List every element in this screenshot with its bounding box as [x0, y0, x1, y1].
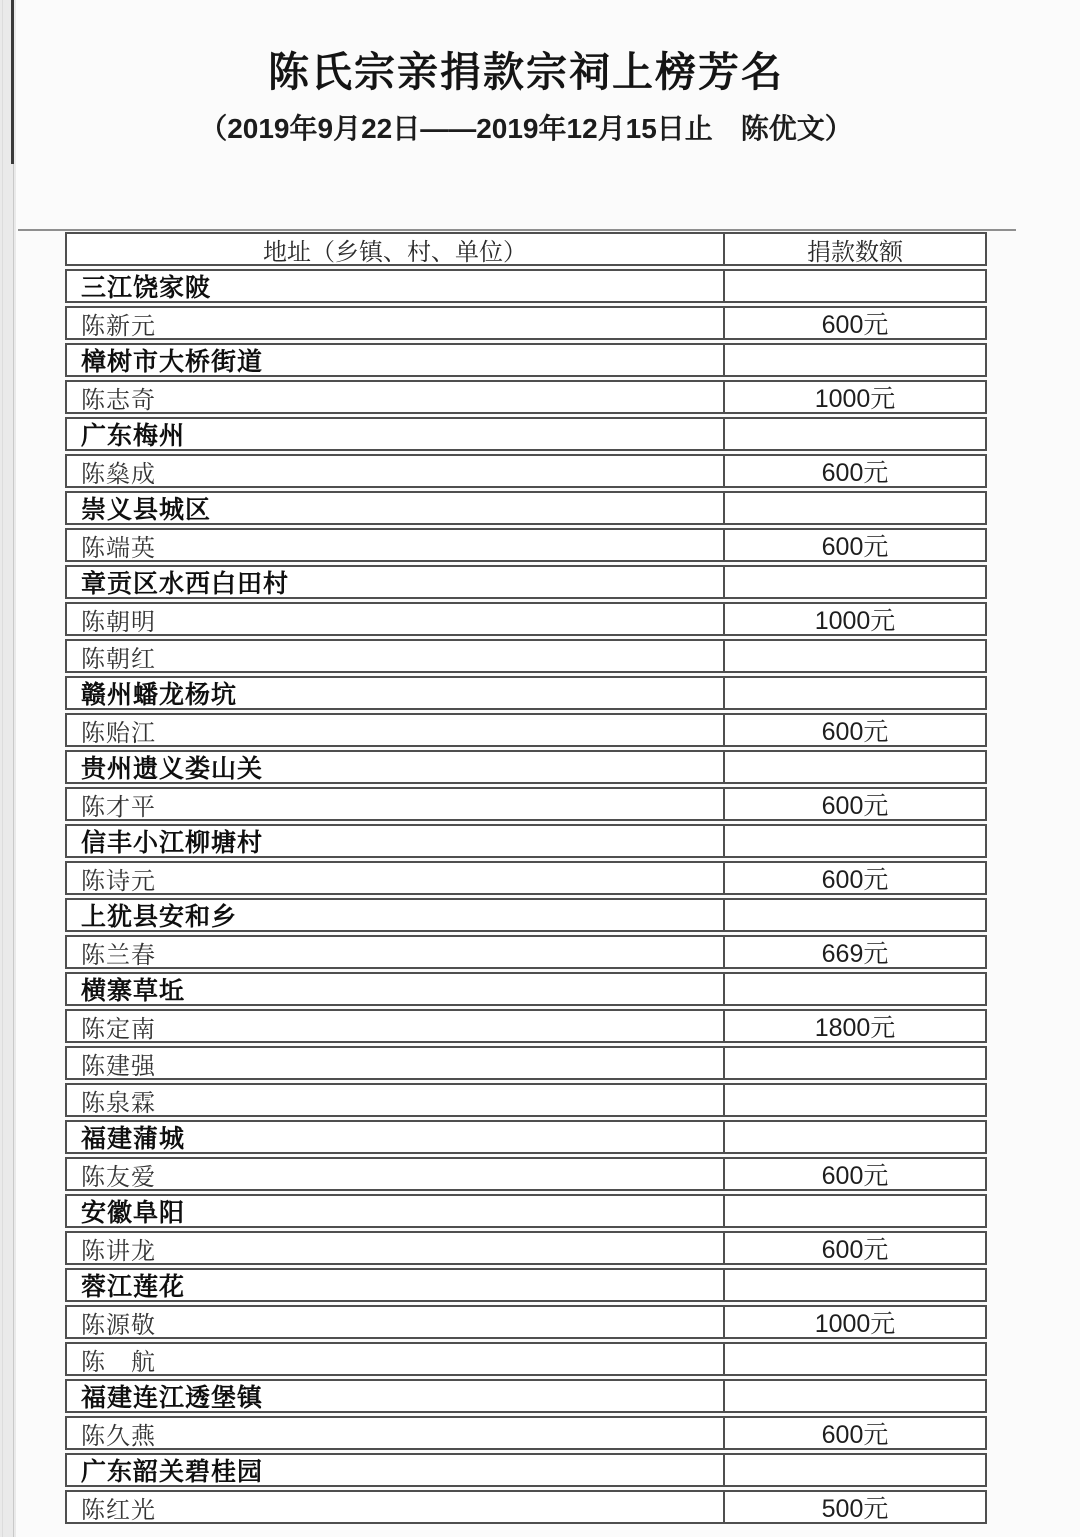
row-amount-cell — [725, 567, 985, 597]
page-edge-dark-line — [11, 0, 14, 164]
table-row: 蓉江莲花 — [65, 1268, 987, 1302]
row-amount-cell: 600元 — [725, 1233, 985, 1263]
row-name-cell: 陈志奇 — [67, 382, 725, 412]
row-name-cell: 广东韶关碧桂园 — [67, 1455, 725, 1485]
row-amount-cell — [725, 493, 985, 523]
row-amount-cell: 1000元 — [725, 1307, 985, 1337]
table-row: 陈新元 600元 — [65, 306, 987, 340]
table-row: 广东梅州 — [65, 417, 987, 451]
row-name-cell: 信丰小江柳塘村 — [67, 826, 725, 856]
row-amount-cell — [725, 345, 985, 375]
table-row: 陈久燕 600元 — [65, 1416, 987, 1450]
table-row: 陈友爱 600元 — [65, 1157, 987, 1191]
table-row: 陈诗元 600元 — [65, 861, 987, 895]
row-name-cell: 陈兰春 — [67, 937, 725, 967]
row-amount-cell — [725, 419, 985, 449]
row-name-cell: 福建蒲城 — [67, 1122, 725, 1152]
table-row: 陈才平 600元 — [65, 787, 987, 821]
table-row: 陈泉霖 — [65, 1083, 987, 1117]
row-name-cell: 三江饶家陂 — [67, 271, 725, 301]
row-amount-cell: 600元 — [725, 456, 985, 486]
table-row: 陈朝明 1000元 — [65, 602, 987, 636]
row-name-cell: 陈泉霖 — [67, 1085, 725, 1115]
row-name-cell: 陈讲龙 — [67, 1233, 725, 1263]
table-row: 陈兰春 669元 — [65, 935, 987, 969]
table-row: 陈讲龙 600元 — [65, 1231, 987, 1265]
row-name-cell: 陈朝红 — [67, 641, 725, 671]
row-name-cell: 蓉江莲花 — [67, 1270, 725, 1300]
row-amount-cell: 669元 — [725, 937, 985, 967]
page-edge-line — [2, 0, 3, 1537]
row-amount-cell — [725, 641, 985, 671]
row-name-cell: 福建连江透堡镇 — [67, 1381, 725, 1411]
table-header-row: 地址（乡镇、村、单位） 捐款数额 — [65, 232, 987, 266]
row-amount-cell — [725, 678, 985, 708]
row-name-cell: 赣州蟠龙杨坑 — [67, 678, 725, 708]
row-name-cell: 陈久燕 — [67, 1418, 725, 1448]
table-row: 陈 航 — [65, 1342, 987, 1376]
row-name-cell: 陈贻江 — [67, 715, 725, 745]
page-subtitle: （2019年9月22日——2019年12月15日止 陈优文） — [65, 107, 987, 147]
row-amount-cell — [725, 974, 985, 1004]
row-amount-cell: 600元 — [725, 308, 985, 338]
table-row: 赣州蟠龙杨坑 — [65, 676, 987, 710]
row-amount-cell — [725, 1085, 985, 1115]
row-name-cell: 章贡区水西白田村 — [67, 567, 725, 597]
row-name-cell: 陈新元 — [67, 308, 725, 338]
page-title: 陈氏宗亲捐款宗祠上榜芳名 — [65, 48, 987, 97]
table-row: 樟树市大桥街道 — [65, 343, 987, 377]
table-row: 信丰小江柳塘村 — [65, 824, 987, 858]
table-row: 安徽阜阳 — [65, 1194, 987, 1228]
table-row: 广东韶关碧桂园 — [65, 1453, 987, 1487]
table-body: 三江饶家陂 陈新元 600元 樟树市大桥街道 陈志奇 1000元 广东梅州 陈燊… — [65, 269, 987, 1524]
table-row: 陈朝红 — [65, 639, 987, 673]
column-header-address: 地址（乡镇、村、单位） — [67, 234, 725, 264]
row-amount-cell — [725, 1381, 985, 1411]
row-amount-cell: 1000元 — [725, 382, 985, 412]
row-name-cell: 陈才平 — [67, 789, 725, 819]
column-header-amount: 捐款数额 — [725, 234, 985, 264]
table-row: 崇义县城区 — [65, 491, 987, 525]
row-name-cell: 陈 航 — [67, 1344, 725, 1374]
row-name-cell: 上犹县安和乡 — [67, 900, 725, 930]
table-row: 上犹县安和乡 — [65, 898, 987, 932]
row-amount-cell — [725, 1344, 985, 1374]
row-amount-cell — [725, 900, 985, 930]
row-name-cell: 陈友爱 — [67, 1159, 725, 1189]
table-row: 陈建强 — [65, 1046, 987, 1080]
row-amount-cell — [725, 826, 985, 856]
row-amount-cell: 600元 — [725, 1418, 985, 1448]
row-name-cell: 陈端英 — [67, 530, 725, 560]
row-name-cell: 陈红光 — [67, 1492, 725, 1522]
row-name-cell: 陈建强 — [67, 1048, 725, 1078]
row-amount-cell — [725, 1048, 985, 1078]
row-name-cell: 横寨草坵 — [67, 974, 725, 1004]
row-amount-cell — [725, 1196, 985, 1226]
row-amount-cell — [725, 752, 985, 782]
row-amount-cell — [725, 1122, 985, 1152]
page-edge-line — [13, 0, 14, 1537]
row-amount-cell: 600元 — [725, 715, 985, 745]
row-name-cell: 陈燊成 — [67, 456, 725, 486]
row-name-cell: 广东梅州 — [67, 419, 725, 449]
table-row: 陈贻江 600元 — [65, 713, 987, 747]
table-row: 福建蒲城 — [65, 1120, 987, 1154]
table-row: 陈源敬 1000元 — [65, 1305, 987, 1339]
table-top-rule-artifact — [18, 229, 1016, 231]
row-name-cell: 陈朝明 — [67, 604, 725, 634]
row-name-cell: 樟树市大桥街道 — [67, 345, 725, 375]
row-amount-cell — [725, 271, 985, 301]
table-row: 陈志奇 1000元 — [65, 380, 987, 414]
page-edge-strip — [0, 0, 16, 1537]
row-amount-cell: 600元 — [725, 1159, 985, 1189]
row-amount-cell: 600元 — [725, 863, 985, 893]
table-row: 陈燊成 600元 — [65, 454, 987, 488]
row-name-cell: 贵州遗义娄山关 — [67, 752, 725, 782]
table-row: 贵州遗义娄山关 — [65, 750, 987, 784]
table-row: 陈红光 500元 — [65, 1490, 987, 1524]
row-name-cell: 陈诗元 — [67, 863, 725, 893]
table-row: 三江饶家陂 — [65, 269, 987, 303]
table-row: 横寨草坵 — [65, 972, 987, 1006]
row-name-cell: 安徽阜阳 — [67, 1196, 725, 1226]
row-name-cell: 陈源敬 — [67, 1307, 725, 1337]
row-amount-cell: 600元 — [725, 530, 985, 560]
donation-table: 地址（乡镇、村、单位） 捐款数额 三江饶家陂 陈新元 600元 樟树市大桥街道 … — [65, 232, 987, 1527]
row-name-cell: 陈定南 — [67, 1011, 725, 1041]
row-amount-cell — [725, 1455, 985, 1485]
row-name-cell: 崇义县城区 — [67, 493, 725, 523]
row-amount-cell — [725, 1270, 985, 1300]
row-amount-cell: 600元 — [725, 789, 985, 819]
table-row: 福建连江透堡镇 — [65, 1379, 987, 1413]
table-row: 章贡区水西白田村 — [65, 565, 987, 599]
table-row: 陈定南 1800元 — [65, 1009, 987, 1043]
row-amount-cell: 1000元 — [725, 604, 985, 634]
row-amount-cell: 1800元 — [725, 1011, 985, 1041]
row-amount-cell: 500元 — [725, 1492, 985, 1522]
document-header: 陈氏宗亲捐款宗祠上榜芳名 （2019年9月22日——2019年12月15日止 陈… — [65, 48, 987, 147]
table-row: 陈端英 600元 — [65, 528, 987, 562]
